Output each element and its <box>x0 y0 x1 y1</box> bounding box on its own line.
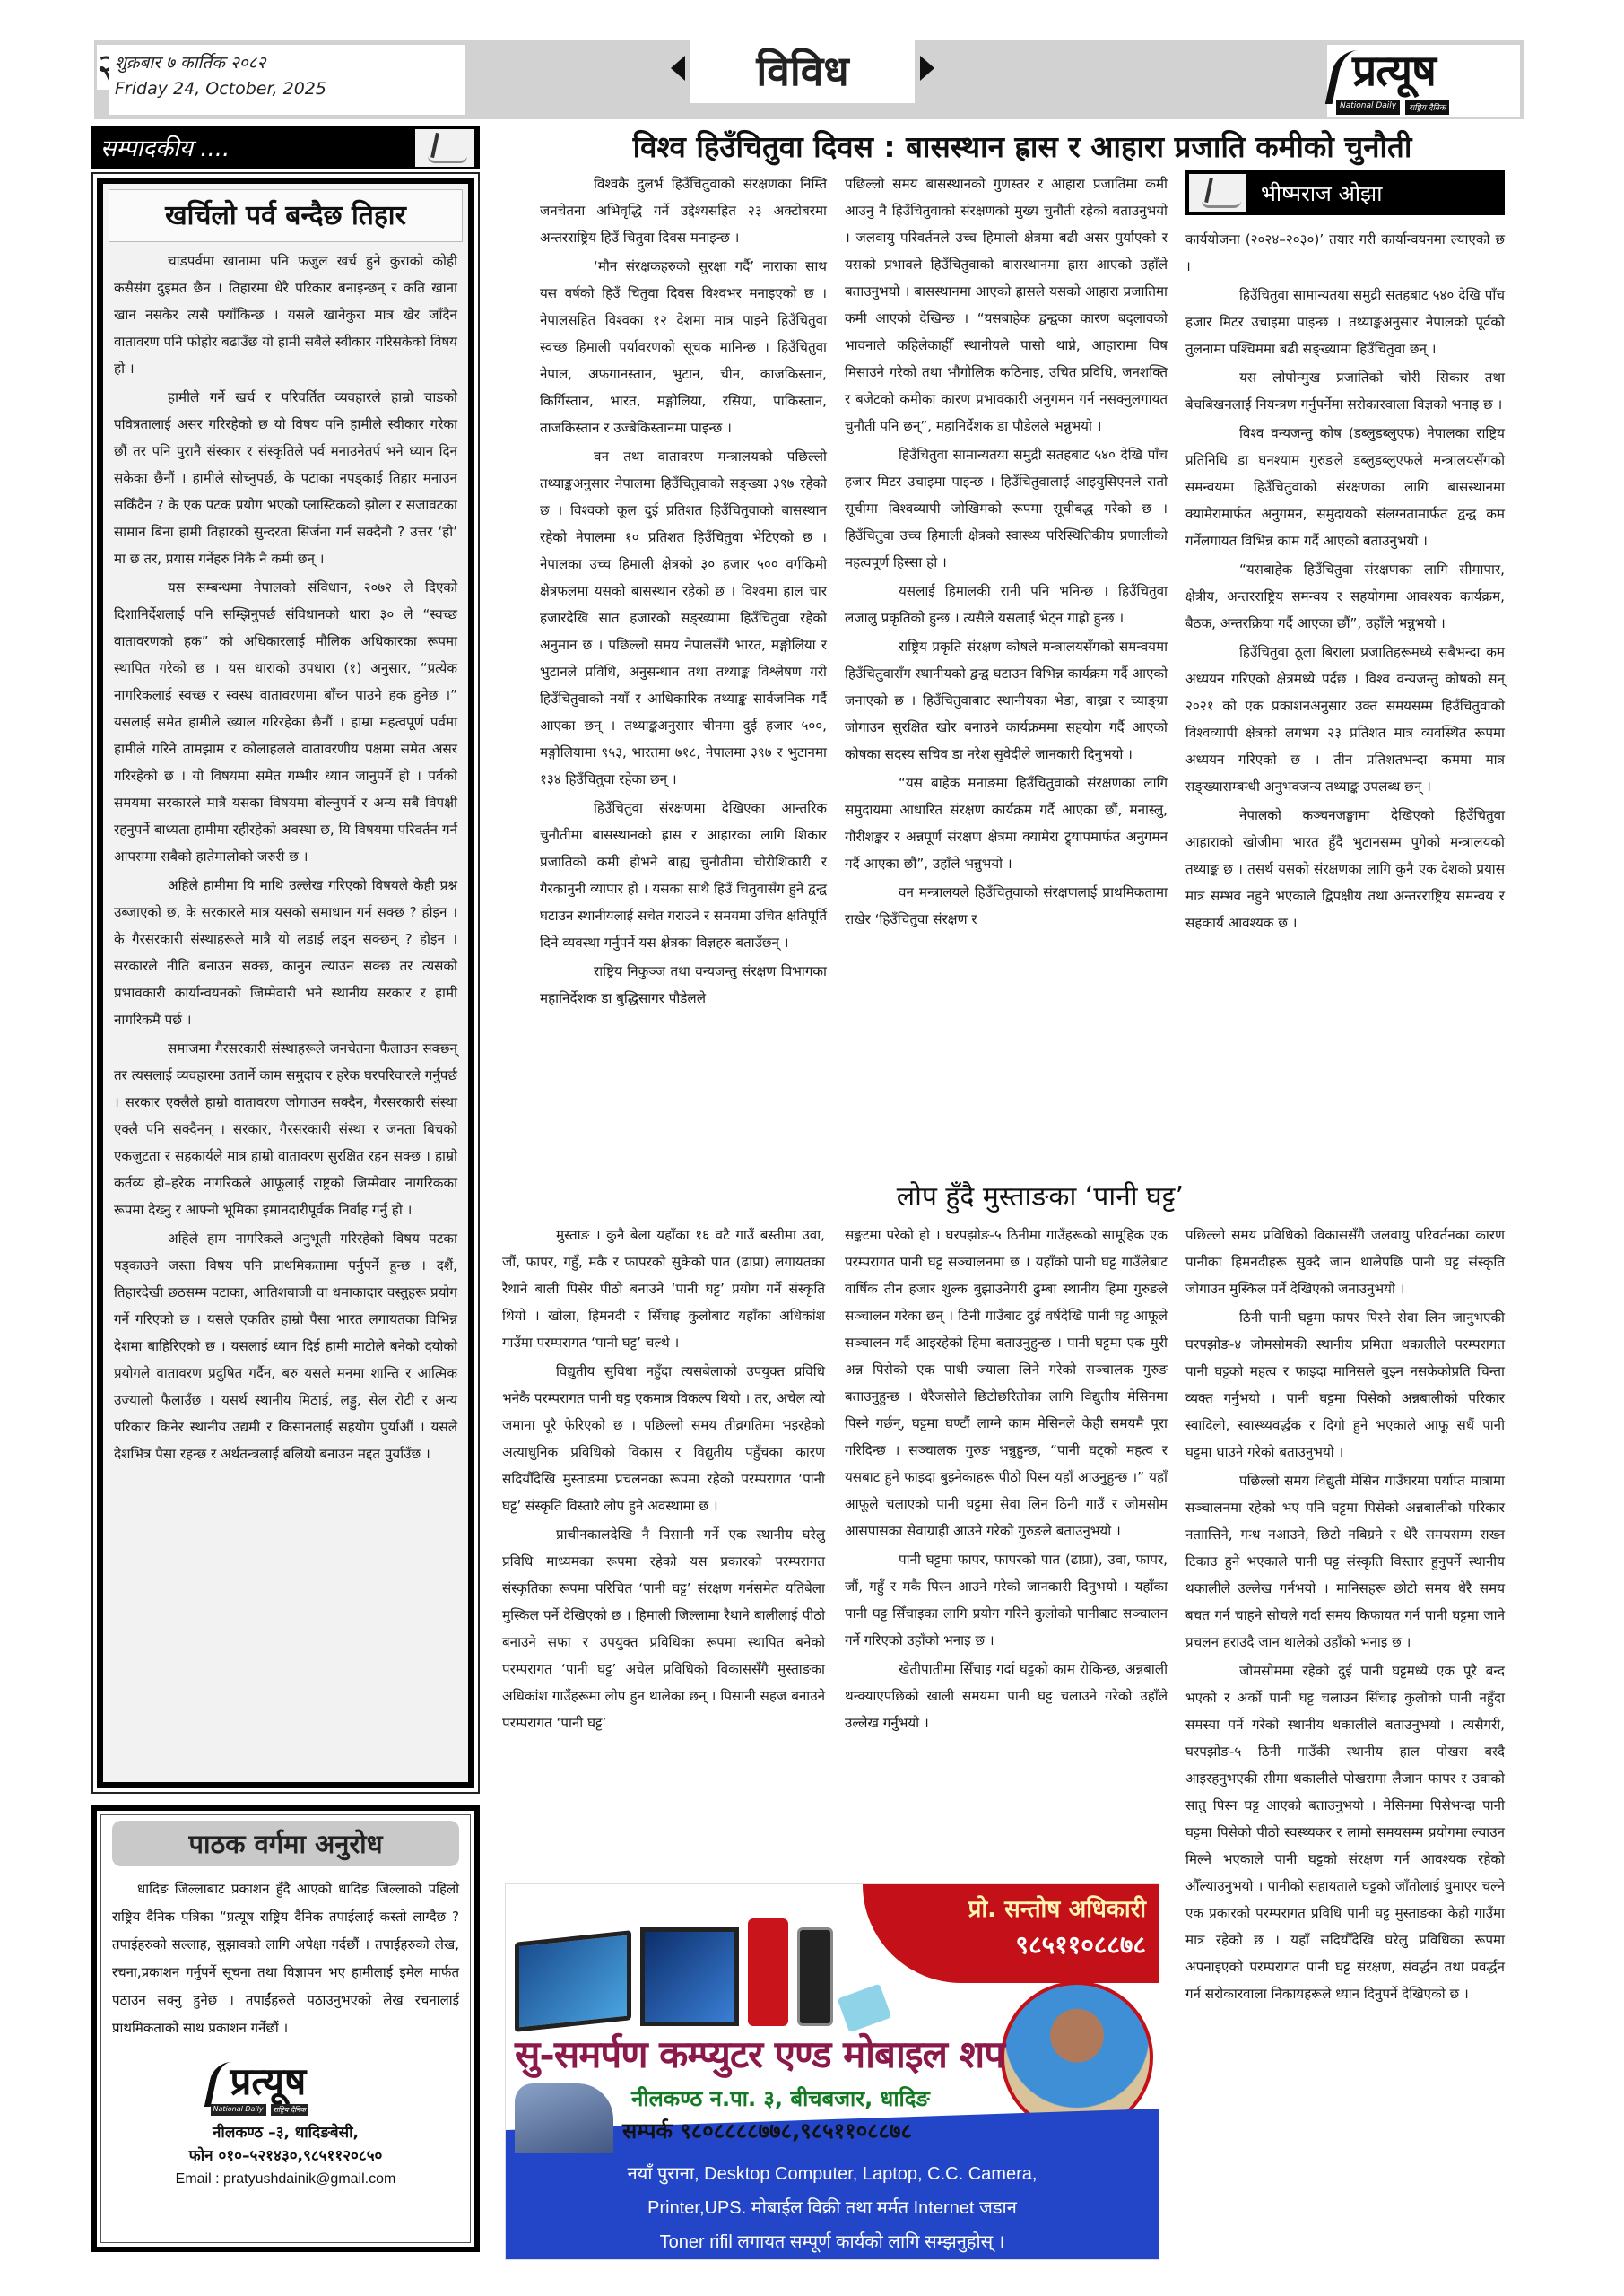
notice-logo-sub-en: National Daily <box>211 2104 266 2116</box>
pen-icon <box>415 129 474 167</box>
device-images <box>515 1892 927 2026</box>
article-paragraph: यस लोपोन्मुख प्रजातिको चोरी सिकार तथा बे… <box>1185 364 1505 418</box>
shop-contact: सम्पर्क ९८०८८८८७७८,९८५११०८८७८ <box>622 2116 912 2145</box>
notice-phone: फोन ०१०–५२१४३०,९८५११२०८५० <box>112 2144 459 2168</box>
usb-drive-icon <box>838 1984 892 2033</box>
article-paragraph: जोमसोममा रहेको दुई पानी घट्टमध्ये एक पूर… <box>1185 1657 1505 2007</box>
article-paragraph: हिउँचितुवा सामान्यतया समुद्री सतहबाट ५४०… <box>845 441 1168 576</box>
shop-name: सु-समर्पण कम्प्युटर एण्ड मोबाइल शप <box>515 2028 1017 2079</box>
article2-column-2: सङ्कटमा परेको हो । घरपझोङ-५ ठिनीमा गाउँह… <box>845 1222 1168 1736</box>
article2-headline: लोप हुँदै मुस्ताङका ‘पानी घट्ट’ <box>502 1177 1184 1213</box>
notice-address: नीलकण्ठ –३, धादिङबेसी, <box>112 2121 459 2144</box>
article-paragraph: कार्ययोजना (२०२४–२०३०)’ तयार गरी कार्यान… <box>1185 226 1505 280</box>
author-name: भीष्मराज ओझा <box>1261 178 1382 208</box>
cctv-camera-icon <box>515 2083 613 2164</box>
article-paragraph: विश्वकै दुलर्भ हिउँचितुवाको संरक्षणका नि… <box>540 170 827 251</box>
notice-body: धादिङ जिल्लाबाट प्रकाशन हुँदै आएको धादिङ… <box>112 1875 459 2042</box>
article1-column-2: पछिल्लो समय बासस्थानको गुणस्तर र आहारा प… <box>845 170 1168 933</box>
laptop-icon <box>515 1930 631 2032</box>
article1-column-3: कार्ययोजना (२०२४–२०३०)’ तयार गरी कार्यान… <box>1185 226 1505 936</box>
notice-title: पाठक वर्गमा अनुरोध <box>112 1821 459 1866</box>
editorial-paragraph: अहिले हाम नागरिकले अनुभूती गरिरहेको विषय… <box>114 1225 457 1467</box>
article-paragraph: खेतीपातीमा सिँचाइ गर्दा घट्टको काम रोकिन… <box>845 1656 1168 1736</box>
article-paragraph: राष्ट्रिय निकुञ्ज तथा वन्यजन्तु संरक्षण … <box>540 958 827 1012</box>
article2-column-3: पछिल्लो समय प्रविधिको विकाससँगै जलवायु प… <box>1185 1222 1505 2007</box>
notice-logo: प्रत्यूष National Daily राष्ट्रिय दैनिक <box>205 2058 367 2112</box>
editorial-label: सम्पादकीय .... <box>100 131 230 163</box>
pen-icon <box>1189 174 1246 212</box>
date-nepali: शुक्रबार ७ कार्तिक २०८२ <box>115 50 460 74</box>
editorial-title-box: खर्चिलो पर्व बन्दैछ तिहार <box>109 189 463 242</box>
article-paragraph: नेपालको कञ्चनजङ्घामा देखिएको हिउँचितुवा … <box>1185 802 1505 936</box>
article-paragraph: “यस बाहेक मनाङमा हिउँचितुवाको संरक्षणका … <box>845 770 1168 877</box>
previous-section-arrow-icon[interactable] <box>671 56 685 81</box>
article-paragraph: हिउँचितुवा ठूला बिराला प्रजातिहरूमध्ये स… <box>1185 639 1505 800</box>
shop-address: नीलकण्ठ न.पा. ३, बीचबजार, धादिङ <box>631 2083 930 2113</box>
service-line: नयाँ पुराना, Desktop Computer, Laptop, C… <box>506 2157 1159 2191</box>
editorial-paragraph: अहिले हामीमा यि माथि उल्लेख गरिएको विषयल… <box>114 872 457 1033</box>
owner-phone: ९८५११०८८७८ <box>875 1927 1146 1961</box>
article-paragraph: प्राचीनकालदेखि नै पिसानी गर्ने एक स्थानी… <box>502 1521 825 1736</box>
article-paragraph: हिउँचितुवा सामान्यतया समुद्री सतहबाट ५४०… <box>1185 282 1505 362</box>
services-list: नयाँ पुराना, Desktop Computer, Laptop, C… <box>506 2153 1159 2260</box>
next-section-arrow-icon[interactable] <box>920 56 934 81</box>
service-line: Toner rifil लगायत सम्पूर्ण कार्यको लागि … <box>506 2225 1159 2259</box>
editorial-paragraph: समाजमा गैरसरकारी संस्थाहरूले जनचेतना फैल… <box>114 1035 457 1223</box>
article-paragraph: सङ्कटमा परेको हो । घरपझोङ-५ ठिनीमा गाउँह… <box>845 1222 1168 1544</box>
editorial-banner: सम्पादकीय .... <box>91 126 480 169</box>
article1-column-1: विश्वकै दुलर्भ हिउँचितुवाको संरक्षणका नि… <box>540 170 827 1012</box>
article-paragraph: पछिल्लो समय प्रविधिको विकाससँगै जलवायु प… <box>1185 1222 1505 1302</box>
article-paragraph: पछिल्लो समय विद्युती मेसिन गाउँघरमा पर्य… <box>1185 1467 1505 1656</box>
article-paragraph: मुस्ताङ । कुनै बेला यहाँका १६ वटै गाउँ ब… <box>502 1222 825 1356</box>
logo-subtitle: National Daily राष्ट्रिय दैनिक <box>1336 100 1449 115</box>
logo-subtitle-en: National Daily <box>1336 100 1400 115</box>
article-paragraph: वन मन्त्रालयले हिउँचितुवाको संरक्षणलाई प… <box>845 879 1168 933</box>
article-paragraph: पछिल्लो समय बासस्थानको गुणस्तर र आहारा प… <box>845 170 1168 439</box>
article-paragraph: राष्ट्रिय प्रकृति संरक्षण कोषले मन्त्राल… <box>845 633 1168 768</box>
article-paragraph: विद्युतीय सुविधा नहुँदा त्यसबेलाको उपयुक… <box>502 1358 825 1519</box>
smartphone-icon <box>797 1927 833 2026</box>
article2-column-1: मुस्ताङ । कुनै बेला यहाँका १६ वटै गाउँ ब… <box>502 1222 825 1736</box>
section-title: विविध <box>690 39 915 103</box>
author-byline: भीष्मराज ओझा <box>1185 170 1505 215</box>
editorial-inner: खर्चिलो पर्व बन्दैछ तिहार चाडपर्वमा खाना… <box>97 178 474 1788</box>
notice-email-link[interactable]: Email : pratyushdainik@gmail.com <box>112 2171 459 2187</box>
desktop-computer-icon <box>640 1927 739 2026</box>
article-paragraph: ठिनी पानी घट्टमा फापर पिस्ने सेवा लिन जा… <box>1185 1304 1505 1465</box>
smartphone-icon <box>748 1918 788 2026</box>
article-paragraph: हिउँचितुवा संरक्षणमा देखिएका आन्तरिक चुन… <box>540 795 827 956</box>
article-paragraph: पानी घट्टमा फापर, फापरको पात (ढाप्रा), उ… <box>845 1546 1168 1654</box>
service-line: Printer,UPS. मोबाईल विक्री तथा मर्मत Int… <box>506 2191 1159 2225</box>
editorial-column: खर्चिलो पर्व बन्दैछ तिहार चाडपर्वमा खाना… <box>91 172 480 1794</box>
reader-notice-box: पाठक वर्गमा अनुरोध धादिङ जिल्लाबाट प्रका… <box>91 1805 480 2252</box>
logo-wordmark: प्रत्यूष <box>1352 45 1436 97</box>
article1-headline: विश्व हिउँचितुवा दिवस : बासस्थान ह्रास र… <box>502 126 1542 166</box>
logo-subtitle-np: राष्ट्रिय दैनिक <box>1405 100 1449 115</box>
newspaper-logo: प्रत्यूष National Daily राष्ट्रिय दैनिक <box>1327 45 1520 117</box>
editorial-paragraph: हामीले गर्ने खर्च र परिवर्तित व्यवहारले … <box>114 384 457 572</box>
shop-advertisement: प्रो. सन्तोष अधिकारी ९८५११०८८७८ सु-समर्प… <box>505 1883 1159 2260</box>
article-paragraph: विश्व वन्यजन्तु कोष (डब्लुडब्लुएफ) नेपाल… <box>1185 420 1505 554</box>
editorial-paragraph: यस सम्बन्धमा नेपालको संविधान, २०७२ ले दि… <box>114 574 457 870</box>
owner-name: प्रो. सन्तोष अधिकारी <box>875 1892 1146 1924</box>
article-paragraph: यसलाई हिमालकी रानी पनि भनिन्छ । हिउँचितु… <box>845 578 1168 631</box>
notice-logo-sub-np: राष्ट्रिय दैनिक <box>271 2104 308 2116</box>
article-paragraph: वन तथा वातावरण मन्त्रालयको पछिल्लो तथ्या… <box>540 443 827 793</box>
editorial-paragraph: चाडपर्वमा खानामा पनि फजुल खर्च हुने कुरा… <box>114 248 457 382</box>
date-box: शुक्रबार ७ कार्तिक २०८२ Friday 24, Octob… <box>109 45 465 115</box>
feather-icon <box>204 2062 231 2107</box>
date-english: Friday 24, October, 2025 <box>115 79 460 99</box>
article-paragraph: ‘मौन संरक्षकहरुको सुरक्षा गर्दै’ नाराका … <box>540 253 827 441</box>
article-paragraph: “यसबाहेक हिउँचितुवा संरक्षणका लागि सीमाप… <box>1185 556 1505 637</box>
editorial-title: खर्चिलो पर्व बन्दैछ तिहार <box>109 196 462 232</box>
notice-logo-wordmark: प्रत्यूष <box>230 2055 307 2106</box>
